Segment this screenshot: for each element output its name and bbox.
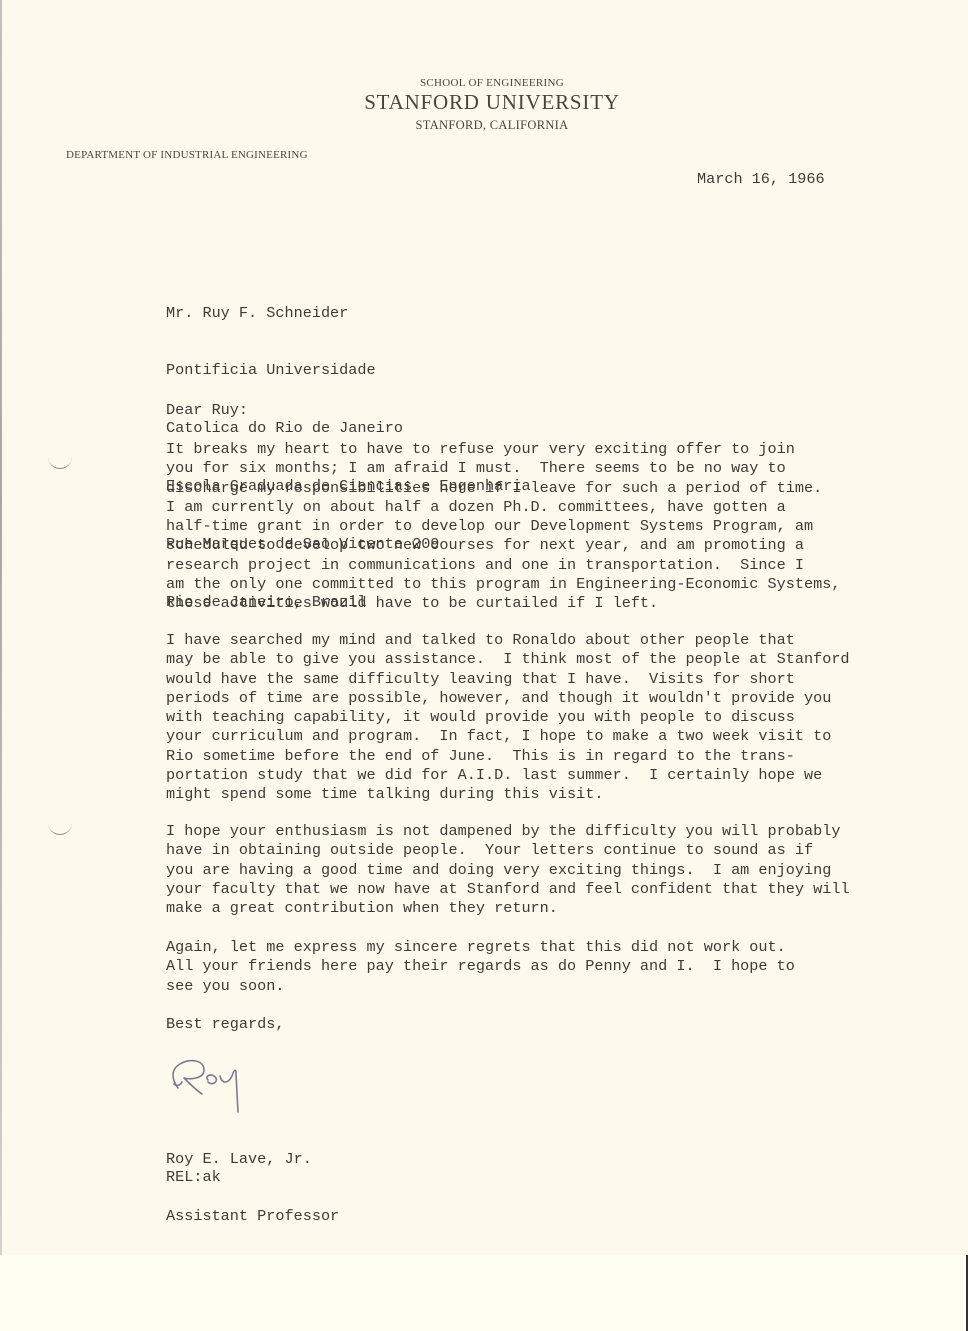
- punch-hole-mark-top: [48, 454, 72, 469]
- body-line: I hope your enthusiasm is not dampened b…: [166, 822, 850, 841]
- body-line: I have searched my mind and talked to Ro…: [166, 631, 850, 650]
- recipient-line: Catolica do Rio de Janeiro: [166, 419, 531, 438]
- body-line: All your friends here pay their regards …: [166, 957, 795, 976]
- punch-hole-mark-bottom: [48, 820, 72, 835]
- body-line: have in obtaining outside people. Your l…: [166, 841, 850, 860]
- scan-left-edge: [0, 0, 2, 1255]
- scan-bottom-band: [0, 1255, 968, 1331]
- body-line: your faculty that we now have at Stanfor…: [166, 880, 850, 899]
- body-line: I am currently on about half a dozen Ph.…: [166, 498, 840, 517]
- body-line: with teaching capability, it would provi…: [166, 708, 850, 727]
- body-line: might spend some time talking during thi…: [166, 785, 850, 804]
- body-line: periods of time are possible, however, a…: [166, 689, 850, 708]
- salutation: Dear Ruy:: [166, 401, 248, 420]
- letter-date: March 16, 1966: [697, 170, 825, 189]
- body-line: you for six months; I am afraid I must. …: [166, 459, 840, 478]
- letterhead-school: SCHOOL OF ENGINEERING: [0, 76, 968, 90]
- letterhead: SCHOOL OF ENGINEERING STANFORD UNIVERSIT…: [0, 76, 968, 136]
- letterhead-location: STANFORD, CALIFORNIA: [0, 114, 968, 136]
- letter-page: SCHOOL OF ENGINEERING STANFORD UNIVERSIT…: [0, 0, 968, 1331]
- body-line: discharge my responsibilities here if I …: [166, 479, 840, 498]
- body-line: your curriculum and program. In fact, I …: [166, 727, 850, 746]
- body-line: you are having a good time and doing ver…: [166, 861, 850, 880]
- body-line: scheduled to develop two new courses for…: [166, 536, 840, 555]
- body-line: half-time grant in order to develop our …: [166, 517, 840, 536]
- body-line: Rio sometime before the end of June. Thi…: [166, 747, 850, 766]
- letterhead-university: STANFORD UNIVERSITY: [0, 90, 968, 114]
- body-line: portation study that we did for A.I.D. l…: [166, 766, 850, 785]
- body-line: would have the same difficulty leaving t…: [166, 670, 850, 689]
- body-line: see you soon.: [166, 977, 795, 996]
- body-line: may be able to give you assistance. I th…: [166, 650, 850, 669]
- closing: Best regards,: [166, 1015, 284, 1034]
- recipient-line: Pontificia Universidade: [166, 361, 531, 380]
- recipient-line: Mr. Ruy F. Schneider: [166, 304, 531, 323]
- letterhead-department: DEPARTMENT OF INDUSTRIAL ENGINEERING: [66, 149, 308, 161]
- body-line: It breaks my heart to have to refuse you…: [166, 440, 840, 459]
- body-line: am the only one committed to this progra…: [166, 575, 840, 594]
- reference-initials: REL:ak: [166, 1168, 221, 1187]
- handwritten-signature: [164, 1040, 264, 1120]
- signer-title: Assistant Professor: [166, 1207, 339, 1226]
- body-line: make a great contribution when they retu…: [166, 899, 850, 918]
- signer-name: Roy E. Lave, Jr.: [166, 1150, 339, 1169]
- body-line: these activities would have to be curtai…: [166, 594, 840, 613]
- body-paragraph-2: I have searched my mind and talked to Ro…: [166, 631, 850, 805]
- signer-block: Roy E. Lave, Jr. Assistant Professor: [166, 1111, 339, 1265]
- body-paragraph-4: Again, let me express my sincere regrets…: [166, 938, 795, 996]
- body-paragraph-1: It breaks my heart to have to refuse you…: [166, 440, 840, 614]
- body-line: Again, let me express my sincere regrets…: [166, 938, 795, 957]
- body-line: research project in communications and o…: [166, 556, 840, 575]
- body-paragraph-3: I hope your enthusiasm is not dampened b…: [166, 822, 850, 918]
